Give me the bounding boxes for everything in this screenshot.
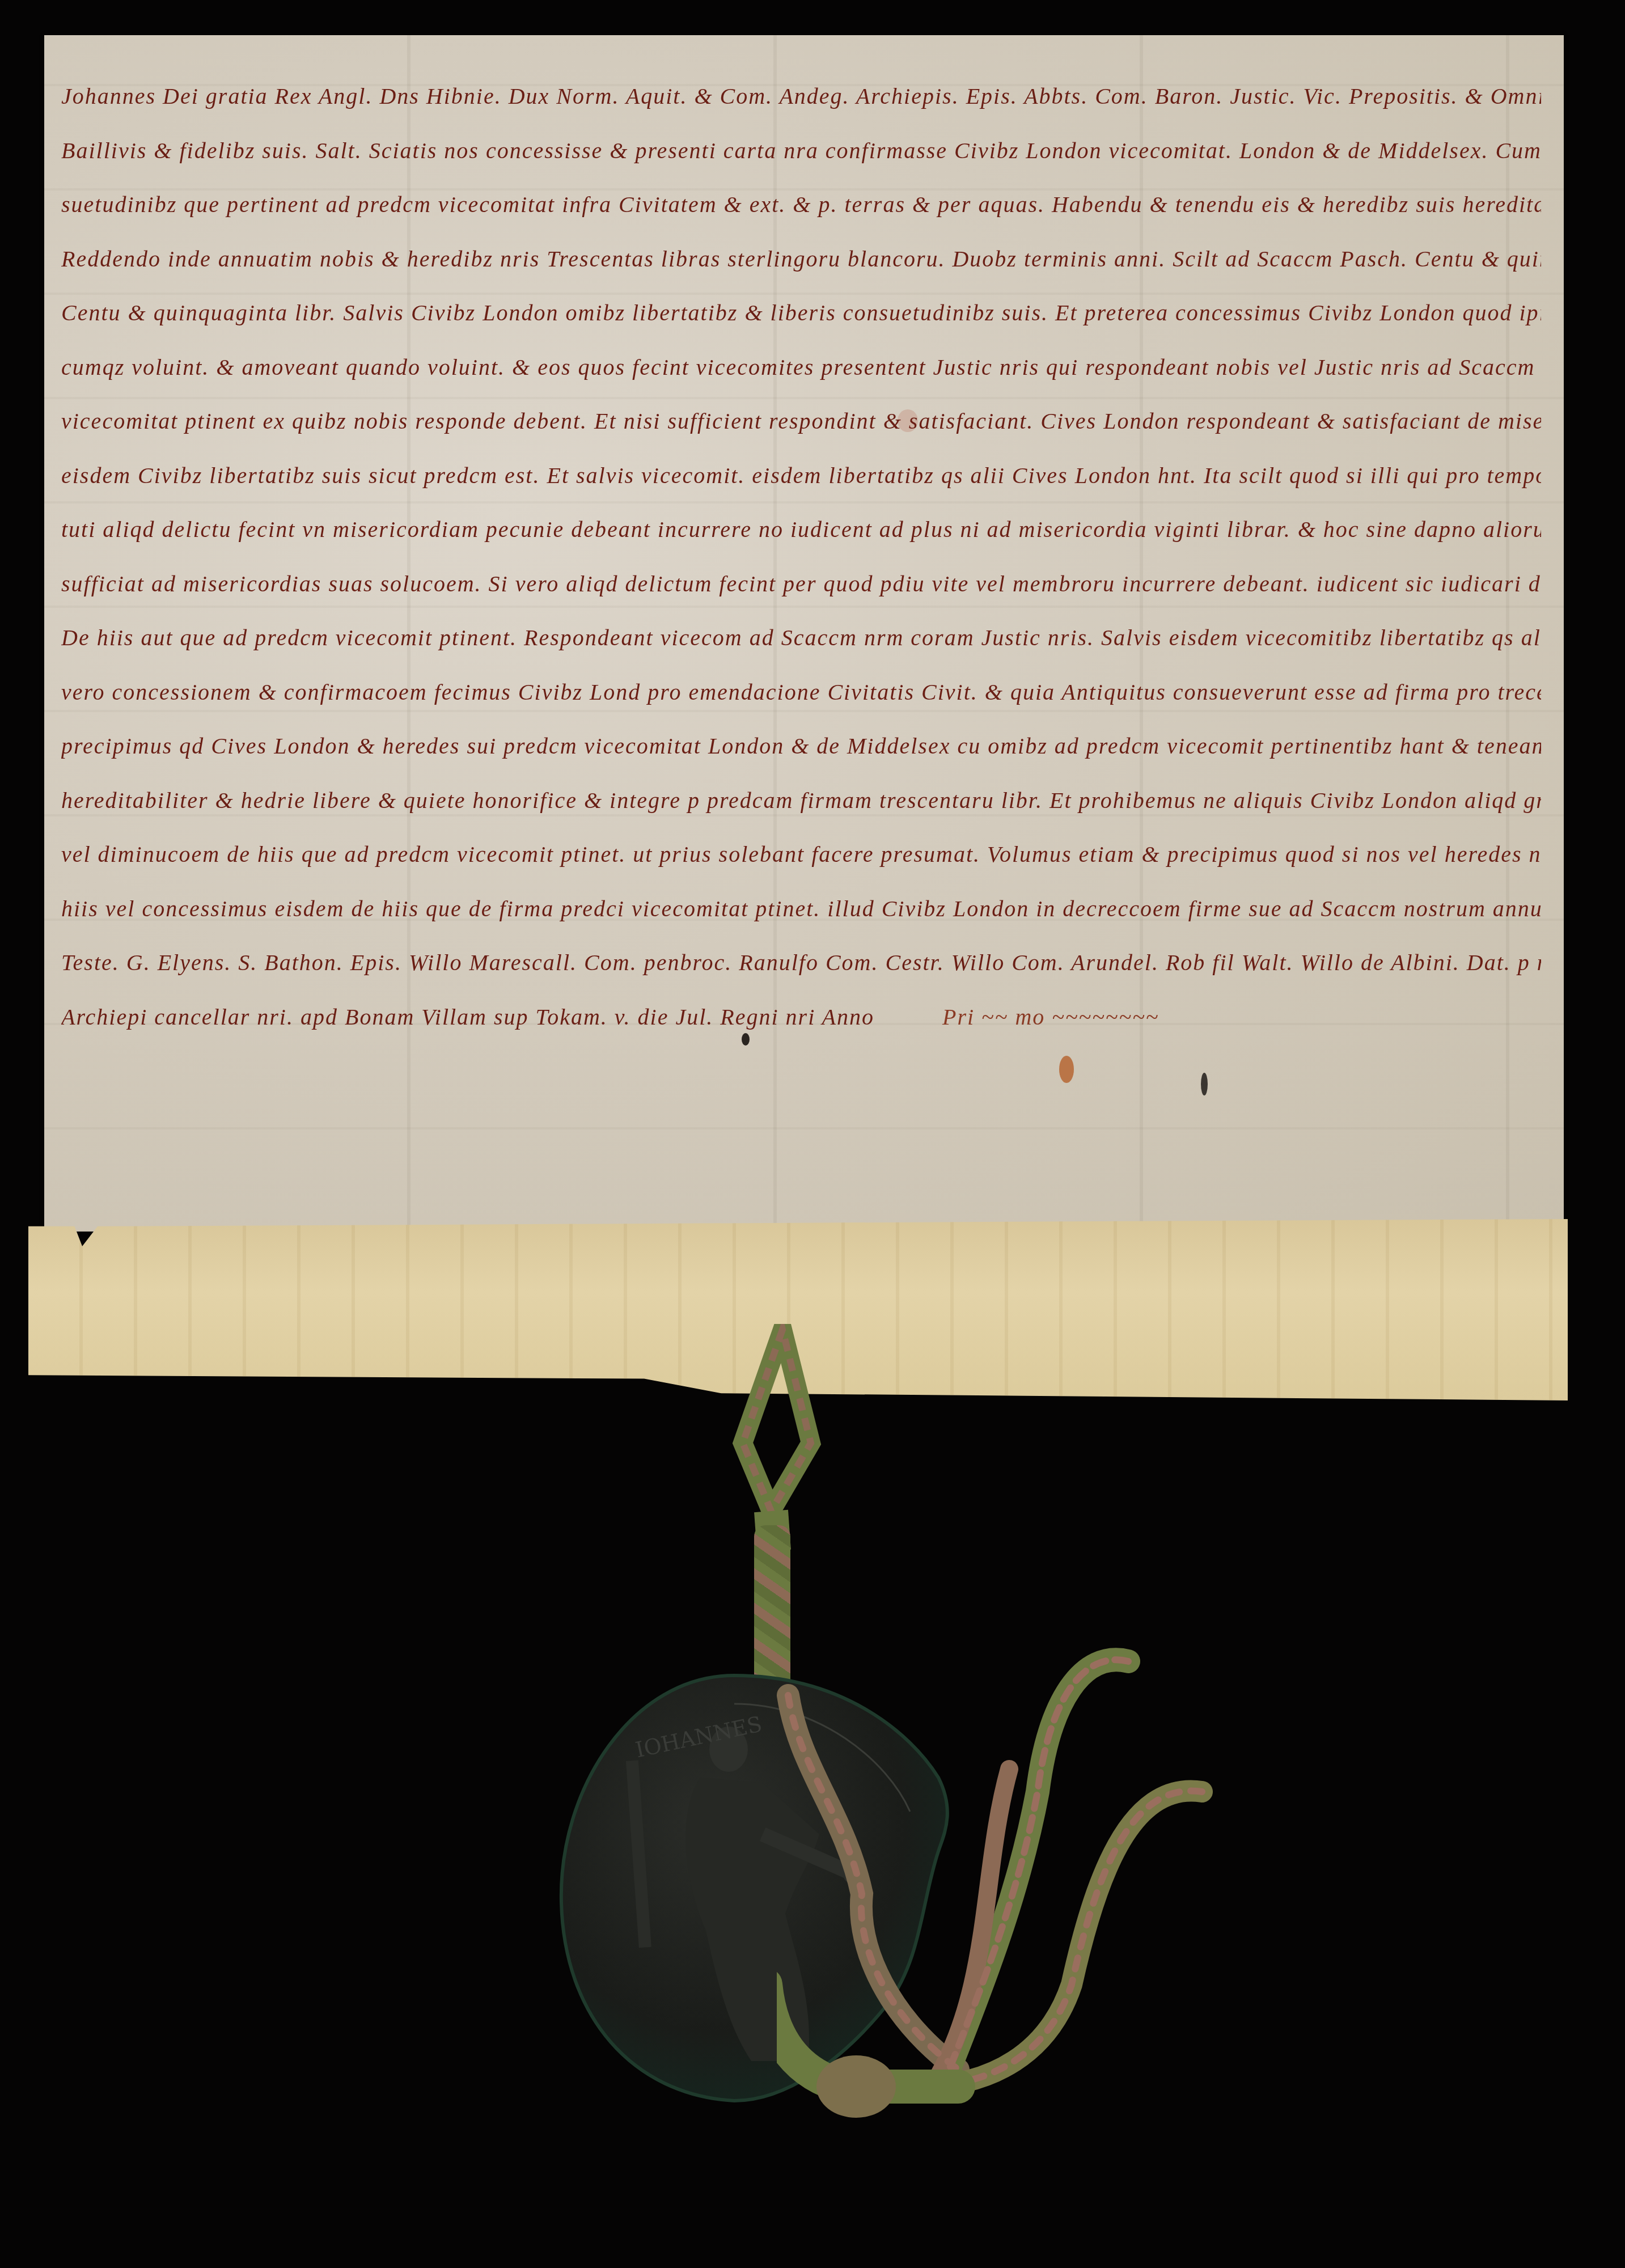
charter-parchment: Johannes Dei gratia Rex Angl. Dns Hibnie… — [44, 35, 1564, 1232]
text-line: suetudinibz que pertinent ad predcm vice… — [61, 177, 1541, 232]
text-line-main: Archiepi cancellar nri. apd Bonam Villam… — [61, 990, 874, 1044]
text-line: Archiepi cancellar nri. apd Bonam Villam… — [61, 990, 1541, 1044]
text-line: Baillivis & fidelibz suis. Salt. Sciatis… — [61, 124, 1541, 178]
text-line: Reddendo inde annuatim nobis & heredibz … — [61, 232, 1541, 286]
text-line: Johannes Dei gratia Rex Angl. Dns Hibnie… — [61, 69, 1541, 124]
text-line: Centu & quinquaginta libr. Salvis Civibz… — [61, 286, 1541, 340]
text-line: De hiis aut que ad predcm vicecomit ptin… — [61, 611, 1541, 665]
text-line: hiis vel concessimus eisdem de hiis que … — [61, 882, 1541, 936]
rust-stain — [1059, 1056, 1074, 1083]
text-line: vel diminucoem de hiis que ad predcm vic… — [61, 827, 1541, 882]
text-line: tuti aliqd delictu fecint vn misericordi… — [61, 502, 1541, 557]
cord-tails-icon — [777, 1588, 1344, 2183]
text-line: Teste. G. Elyens. S. Bathon. Epis. Willo… — [61, 936, 1541, 990]
date-flourish: Pri ~~ mo ~~~~~~~~ — [942, 990, 1159, 1044]
text-line: vicecomitat ptinent ex quibz nobis respo… — [61, 394, 1541, 448]
text-line: cumqz voluint. & amoveant quando voluint… — [61, 340, 1541, 395]
text-line: sufficiat ad misericordias suas solucoem… — [61, 557, 1541, 611]
text-line: precipimus qd Cives London & heredes sui… — [61, 719, 1541, 773]
cord-loop-icon — [675, 1324, 862, 1551]
ink-stain — [1201, 1073, 1208, 1095]
text-line: eisdem Civibz libertatibz suis sicut pre… — [61, 448, 1541, 503]
text-line: vero concessionem & confirmacoem fecimus… — [61, 665, 1541, 720]
text-line: hereditabiliter & hedrie libere & quiete… — [61, 773, 1541, 828]
charter-text: Johannes Dei gratia Rex Angl. Dns Hibnie… — [61, 69, 1541, 1044]
